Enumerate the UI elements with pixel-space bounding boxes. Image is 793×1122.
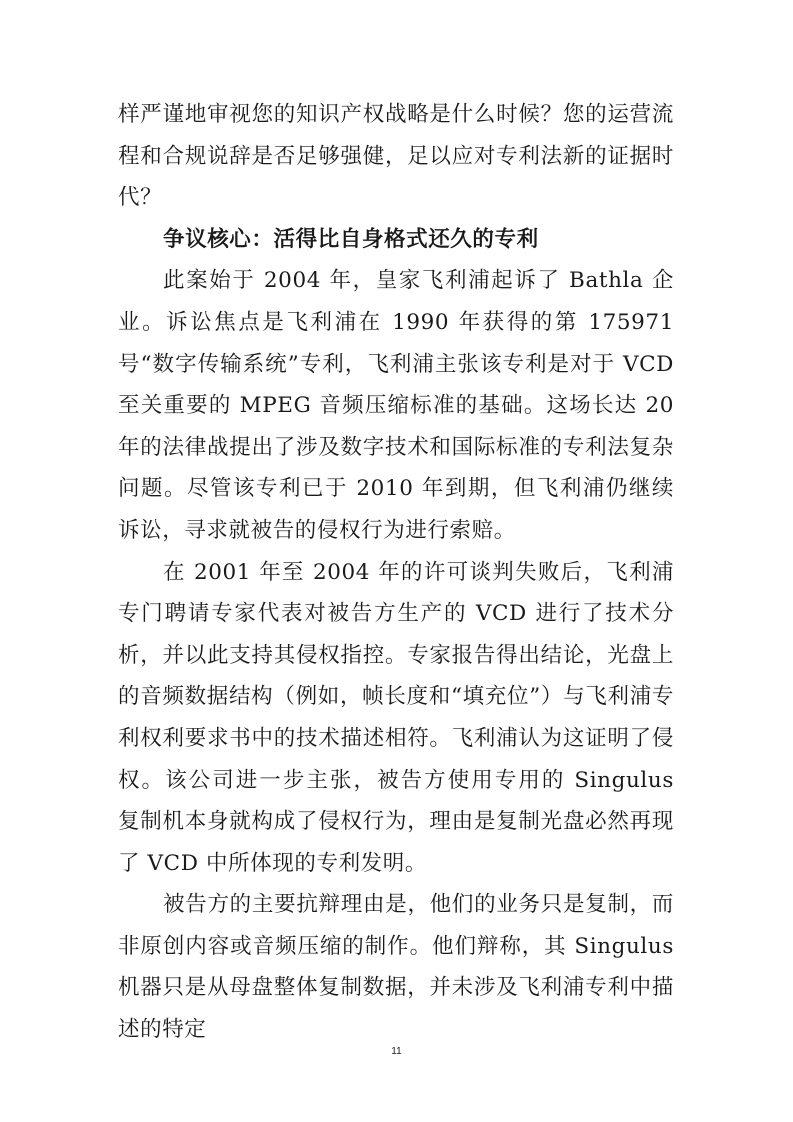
page-number: 11	[0, 1046, 793, 1057]
section-heading: 争议核心：活得比自身格式还久的专利	[118, 219, 674, 261]
paragraph-case-background: 此案始于 2004 年，皇家飞利浦起诉了 Bathla 企业。诉讼焦点是飞利浦在…	[118, 260, 674, 551]
paragraph-defense: 被告方的主要抗辩理由是，他们的业务只是复制，而非原创内容或音频压缩的制作。他们辩…	[118, 884, 674, 1050]
paragraph-continuation: 样严谨地审视您的知识产权战略是什么时候？您的运营流程和合规说辞是否足够强健，足以…	[118, 94, 674, 219]
paragraph-expert-analysis: 在 2001 年至 2004 年的许可谈判失败后，飞利浦专门聘请专家代表对被告方…	[118, 552, 674, 885]
document-page: 样严谨地审视您的知识产权战略是什么时候？您的运营流程和合规说辞是否足够强健，足以…	[118, 94, 674, 1051]
